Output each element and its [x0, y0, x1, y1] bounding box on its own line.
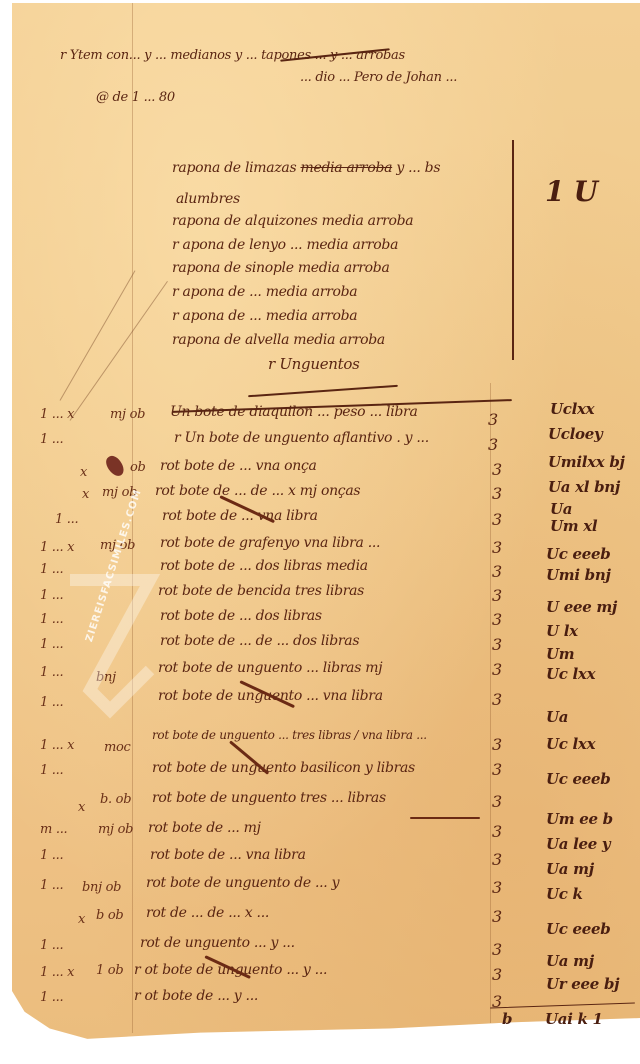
entry-mark: 3	[492, 792, 502, 811]
entry-text: rot de unguento ... y ...	[140, 935, 295, 951]
entry-amount: Ua	[546, 708, 568, 726]
entry-amount: Uc eeeb	[546, 770, 610, 788]
entry-margin: m ...	[40, 822, 67, 837]
entry-margin: x	[80, 465, 87, 480]
entry-mark: 3	[492, 635, 502, 654]
entry-text: rot bote de grafenyo vna libra ...	[160, 535, 380, 551]
entry-amount: Uc eeeb	[546, 920, 610, 938]
boxed-item-4: r apona de lenyo ... media arroba	[172, 237, 398, 253]
entry-margin: 1 ...	[40, 562, 63, 577]
entry-text: rot bote de ... de ... dos libras	[160, 633, 359, 649]
entry-note: bnj	[96, 670, 116, 685]
entry-mark: 3	[492, 510, 502, 529]
entry-mark: 3	[492, 538, 502, 557]
entry-amount: Uclxx	[550, 400, 594, 418]
entry-mark: 3	[492, 878, 502, 897]
entry-text: rot bote de ... vna onça	[160, 458, 317, 474]
entry-amount: U eee mj	[546, 598, 617, 616]
entry-margin: 1 ...	[40, 612, 63, 627]
header-line-2: ... dio ... Pero de Johan ...	[300, 70, 457, 85]
entry-margin: 1 ...	[55, 512, 78, 527]
entry-margin: 1 ...	[40, 848, 63, 863]
boxed-item-1: rapona de limazas media arroba y ... bs	[172, 160, 440, 176]
entry-text: rot bote de ... vna libra	[150, 847, 306, 863]
entry-mark: 3	[492, 586, 502, 605]
entry-note: 1 ob	[96, 963, 123, 978]
entry-margin: 1 ...	[40, 938, 63, 953]
header-line-1: r Ytem con... y ... medianos y ... tapon…	[60, 48, 405, 63]
entry-margin: 1 ...	[40, 695, 63, 710]
entry-text: r Un bote de unguento aflantivo . y ...	[174, 430, 429, 446]
boxed-item-text: rapona de limazas	[172, 160, 296, 176]
entry-mark: 3	[492, 460, 502, 479]
entry-mark: 3	[492, 660, 502, 679]
entry-mark: 3	[492, 690, 502, 709]
entry-text: rot bote de ... dos libras media	[160, 558, 368, 574]
entry-text: rot bote de unguento basilicon y libras	[152, 760, 415, 776]
entry-mark: 3	[492, 822, 502, 841]
entry-margin: 1 ...	[40, 665, 63, 680]
pen-flourish	[410, 817, 480, 819]
entry-note: b. ob	[100, 792, 131, 807]
entry-margin: 1 ...	[40, 763, 63, 778]
entry-text: Un bote de diaquilon ... peso ... libra	[170, 404, 418, 420]
boxed-item-5: rapona de sinople media arroba	[172, 260, 390, 276]
entry-mark: 3	[488, 435, 498, 454]
entry-amount: Uc lxx	[546, 735, 595, 753]
section-heading: r Unguentos	[268, 355, 360, 373]
entry-mark: 3	[492, 735, 502, 754]
entry-amount: Um xl	[550, 517, 597, 535]
entry-amount: Um ee b	[546, 810, 613, 828]
entry-amount: Ucloey	[548, 425, 602, 443]
entry-margin: x	[78, 912, 85, 927]
entry-text: rot bote de ... dos libras	[160, 608, 322, 624]
entry-margin: 1 ...	[40, 588, 63, 603]
entry-amount: Ua mj	[546, 860, 594, 878]
entry-amount: Uc lxx	[546, 665, 595, 683]
entry-note: mj ob	[98, 822, 133, 837]
box-side-mark: 1 U	[545, 175, 598, 208]
header-line-3: @ de 1 ... 80	[96, 90, 175, 105]
entry-mark: 3	[492, 907, 502, 926]
boxed-item-8: rapona de alvella media arroba	[172, 332, 385, 348]
entry-mark: 3	[492, 965, 502, 984]
total-amount: Uai k 1	[545, 1010, 603, 1028]
entry-note: b ob	[96, 908, 123, 923]
total-label: b	[502, 1010, 512, 1028]
entry-amount: Ua lee y	[546, 835, 610, 853]
ruling-line-right	[490, 383, 491, 1023]
entry-margin: 1 ...	[40, 637, 63, 652]
entry-amount: Ur eee bj	[546, 975, 619, 993]
entry-text: rot bote de unguento tres ... libras	[152, 790, 386, 806]
entry-margin: 1 ...	[40, 878, 63, 893]
entry-mark: 3	[492, 610, 502, 629]
entry-text: rot bote de unguento ... libras mj	[158, 660, 382, 676]
entry-text: rot bote de unguento de ... y	[146, 875, 339, 891]
entry-mark: 3	[492, 850, 502, 869]
entry-margin: 1 ... x	[40, 540, 74, 555]
entry-mark: 3	[492, 760, 502, 779]
entry-text: rot bote de ... mj	[148, 820, 261, 836]
boxed-item-3: rapona de alquizones media arroba	[172, 213, 413, 229]
entry-amount: Ua	[550, 500, 572, 518]
entry-text: r ot bote de ... y ...	[134, 988, 258, 1004]
entry-mark: 3	[488, 410, 498, 429]
entry-amount: Uc k	[546, 885, 583, 903]
boxed-item-2: alumbres	[176, 191, 240, 207]
entry-amount: U lx	[546, 622, 578, 640]
entry-mark: 3	[492, 484, 502, 503]
entry-amount: Uc eeeb	[546, 545, 610, 563]
entry-note: bnj ob	[82, 880, 121, 895]
box-right-brace	[512, 140, 514, 360]
entry-text: rot bote de ... vna libra	[162, 508, 318, 524]
entry-text: rot bote de bencida tres libras	[158, 583, 364, 599]
entry-note: moc	[104, 740, 131, 755]
entry-margin: 1 ... x	[40, 407, 74, 422]
entry-text: rot bote de ... de ... x mj onças	[155, 483, 360, 499]
entry-mark: 3	[492, 940, 502, 959]
entry-note: ob	[130, 460, 146, 475]
boxed-item-6: r apona de ... media arroba	[172, 284, 357, 300]
entry-margin: x	[78, 800, 85, 815]
entry-margin: 1 ...	[40, 432, 63, 447]
entry-amount: Ua xl bnj	[548, 478, 620, 496]
boxed-item-suffix: y ... bs	[396, 160, 440, 176]
entry-note: mj ob	[110, 407, 145, 422]
entry-margin: 1 ... x	[40, 965, 74, 980]
entry-mark: 3	[492, 562, 502, 581]
boxed-item-7: r apona de ... media arroba	[172, 308, 357, 324]
entry-amount: Umilxx bj	[548, 453, 625, 471]
entry-margin: 1 ...	[40, 990, 63, 1005]
boxed-item-struck: media arroba	[300, 160, 392, 176]
entry-amount: Um	[546, 645, 574, 663]
entry-amount: Ua mj	[546, 952, 594, 970]
entry-amount: Umi bnj	[546, 566, 611, 584]
entry-margin: x	[82, 487, 89, 502]
entry-text: rot de ... de ... x ...	[146, 905, 269, 921]
entry-margin: 1 ... x	[40, 738, 74, 753]
entry-text: rot bote de unguento ... tres libras / v…	[152, 728, 427, 742]
